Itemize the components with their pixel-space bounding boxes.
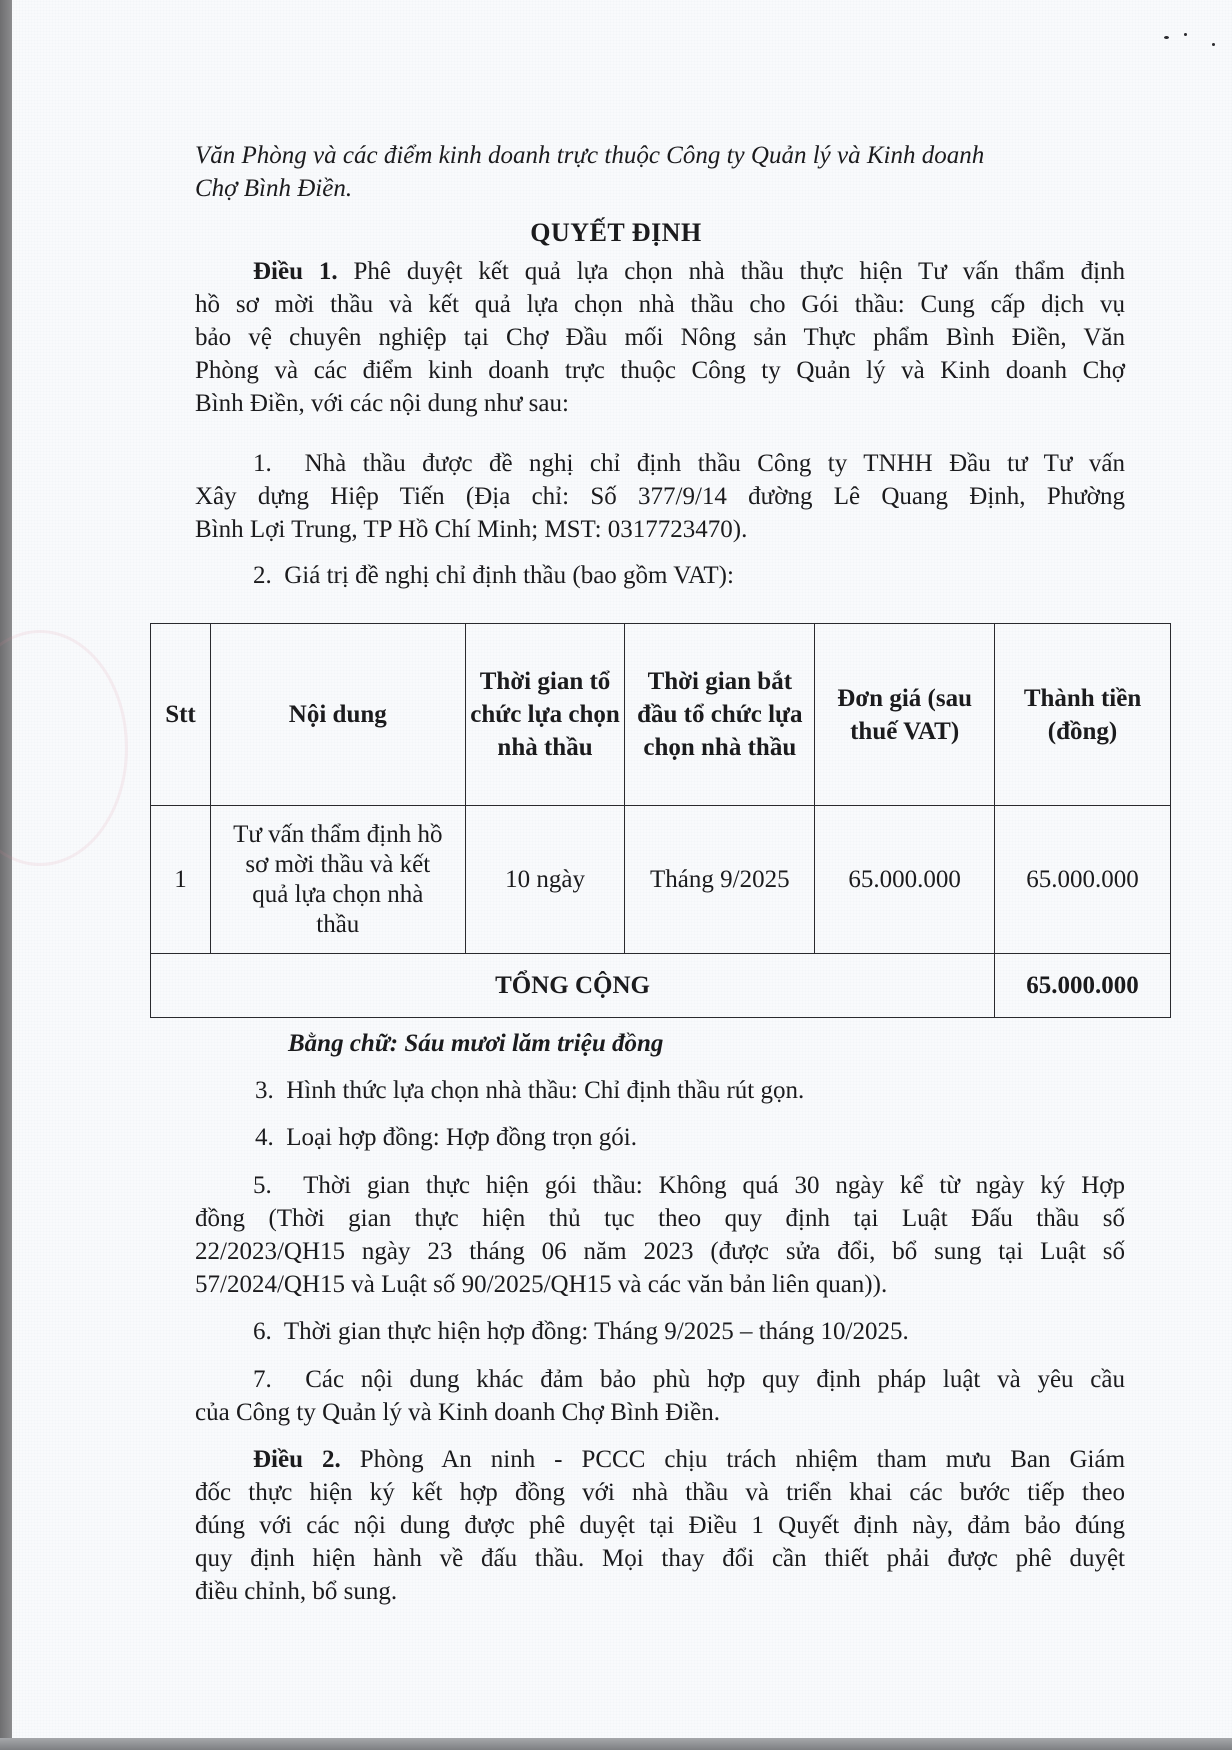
cell-start: Tháng 9/2025 <box>625 806 815 954</box>
item1-number: 1. <box>253 450 272 477</box>
item6-number: 6. <box>253 1318 272 1345</box>
total-value: 65.000.000 <box>995 954 1171 1018</box>
article2-line-4: quy định hiện hành về đấu thầu. Mọi thay… <box>195 1542 1125 1575</box>
scan-specks <box>1160 30 1230 50</box>
article2-line-1: Điều 2. Phòng An ninh - PCCC chịu trách … <box>195 1443 1125 1476</box>
item1-line-3: Bình Lợi Trung, TP Hồ Chí Minh; MST: 031… <box>195 513 747 546</box>
article1-text-1: Phê duyệt kết quả lựa chọn nhà thầu thực… <box>354 258 1125 285</box>
article1-label: Điều 1. <box>253 258 338 285</box>
item7-number: 7. <box>253 1366 272 1393</box>
faded-seal-stamp <box>0 630 128 866</box>
header-content: Nội dung <box>210 624 465 806</box>
cell-stt: 1 <box>151 806 211 954</box>
cell-amount: 65.000.000 <box>995 806 1171 954</box>
item6-text: Thời gian thực hiện hợp đồng: Tháng 9/20… <box>284 1318 909 1345</box>
item1-line-2: Xây dựng Hiệp Tiến (Địa chỉ: Số 377/9/14… <box>195 480 1125 513</box>
amount-in-words: Bằng chữ: Sáu mươi lăm triệu đồng <box>288 1027 663 1060</box>
total-label: TỔNG CỘNG <box>151 954 995 1018</box>
item5-line-4: 57/2024/QH15 và Luật số 90/2025/QH15 và … <box>195 1268 887 1301</box>
article2-label: Điều 2. <box>253 1446 341 1473</box>
item2: 2. Giá trị đề nghị chỉ định thầu (bao gồ… <box>253 559 734 592</box>
item5-line-3: 22/2023/QH15 ngày 23 tháng 06 năm 2023 (… <box>195 1235 1125 1268</box>
item5-text-1: Thời gian thực hiện gói thầu: Không quá … <box>303 1172 1125 1199</box>
item5-line-1: 5. Thời gian thực hiện gói thầu: Không q… <box>195 1169 1125 1202</box>
bid-value-table: Stt Nội dung Thời gian tổ chức lựa chọn … <box>150 623 1171 1018</box>
item4-text: Loại hợp đồng: Hợp đồng trọn gói. <box>286 1124 637 1151</box>
scan-bottom-edge <box>0 1738 1232 1750</box>
table-header-row: Stt Nội dung Thời gian tổ chức lựa chọn … <box>151 624 1171 806</box>
intro-line-2: Chợ Bình Điền. <box>195 172 352 205</box>
item1-line-1: 1. Nhà thầu được đề nghị chỉ định thầu C… <box>195 447 1125 480</box>
header-stt: Stt <box>151 624 211 806</box>
article2-line-2: đốc thực hiện ký kết hợp đồng với nhà th… <box>195 1476 1125 1509</box>
item7-line-2: của Công ty Quản lý và Kinh doanh Chợ Bì… <box>195 1396 720 1429</box>
cell-unit-price: 65.000.000 <box>815 806 995 954</box>
table-row: 1 Tư vấn thẩm định hồ sơ mời thầu và kết… <box>151 806 1171 954</box>
item1-text-1: Nhà thầu được đề nghị chỉ định thầu Công… <box>305 450 1125 477</box>
item7-line-1: 7. Các nội dung khác đảm bảo phù hợp quy… <box>195 1363 1125 1396</box>
intro-line-1: Văn Phòng và các điểm kinh doanh trực th… <box>195 139 984 172</box>
article1-line-3: bảo vệ chuyên nghiệp tại Chợ Đầu mối Nôn… <box>195 321 1125 354</box>
article1-line-5: Bình Điền, với các nội dung như sau: <box>195 387 569 420</box>
header-duration: Thời gian tổ chức lựa chọn nhà thầu <box>465 624 625 806</box>
article1-line-4: Phòng và các điểm kinh doanh trực thuộc … <box>195 354 1125 387</box>
header-start: Thời gian bắt đầu tổ chức lựa chọn nhà t… <box>625 624 815 806</box>
article2-text-1: Phòng An ninh - PCCC chịu trách nhiệm th… <box>360 1446 1125 1473</box>
item7-text-1: Các nội dung khác đảm bảo phù hợp quy đị… <box>305 1366 1125 1393</box>
item2-number: 2. <box>253 562 272 589</box>
article2-line-3: đúng với các nội dung được phê duyệt tại… <box>195 1509 1125 1542</box>
cell-content: Tư vấn thẩm định hồ sơ mời thầu và kết q… <box>210 806 465 954</box>
scan-left-edge <box>0 0 12 1750</box>
header-unit-price: Đơn giá (sau thuế VAT) <box>815 624 995 806</box>
cell-duration: 10 ngày <box>465 806 625 954</box>
table-total-row: TỔNG CỘNG 65.000.000 <box>151 954 1171 1018</box>
item3-text: Hình thức lựa chọn nhà thầu: Chỉ định th… <box>286 1077 804 1104</box>
item2-text: Giá trị đề nghị chỉ định thầu (bao gồm V… <box>284 562 734 589</box>
item6: 6. Thời gian thực hiện hợp đồng: Tháng 9… <box>253 1315 909 1348</box>
item3: 3. Hình thức lựa chọn nhà thầu: Chỉ định… <box>255 1074 804 1107</box>
article1-line-2: hồ sơ mời thầu và kết quả lựa chọn nhà t… <box>195 288 1125 321</box>
decision-heading: QUYẾT ĐỊNH <box>0 218 1232 248</box>
item4-number: 4. <box>255 1124 274 1151</box>
item5-number: 5. <box>253 1172 272 1199</box>
item5-line-2: đồng (Thời gian thực hiện thủ tục theo q… <box>195 1202 1125 1235</box>
article1-line-1: Điều 1. Phê duyệt kết quả lựa chọn nhà t… <box>195 255 1125 288</box>
header-amount: Thành tiền (đồng) <box>995 624 1171 806</box>
article2-line-5: điều chỉnh, bổ sung. <box>195 1575 397 1608</box>
item3-number: 3. <box>255 1077 274 1104</box>
item4: 4. Loại hợp đồng: Hợp đồng trọn gói. <box>255 1121 637 1154</box>
